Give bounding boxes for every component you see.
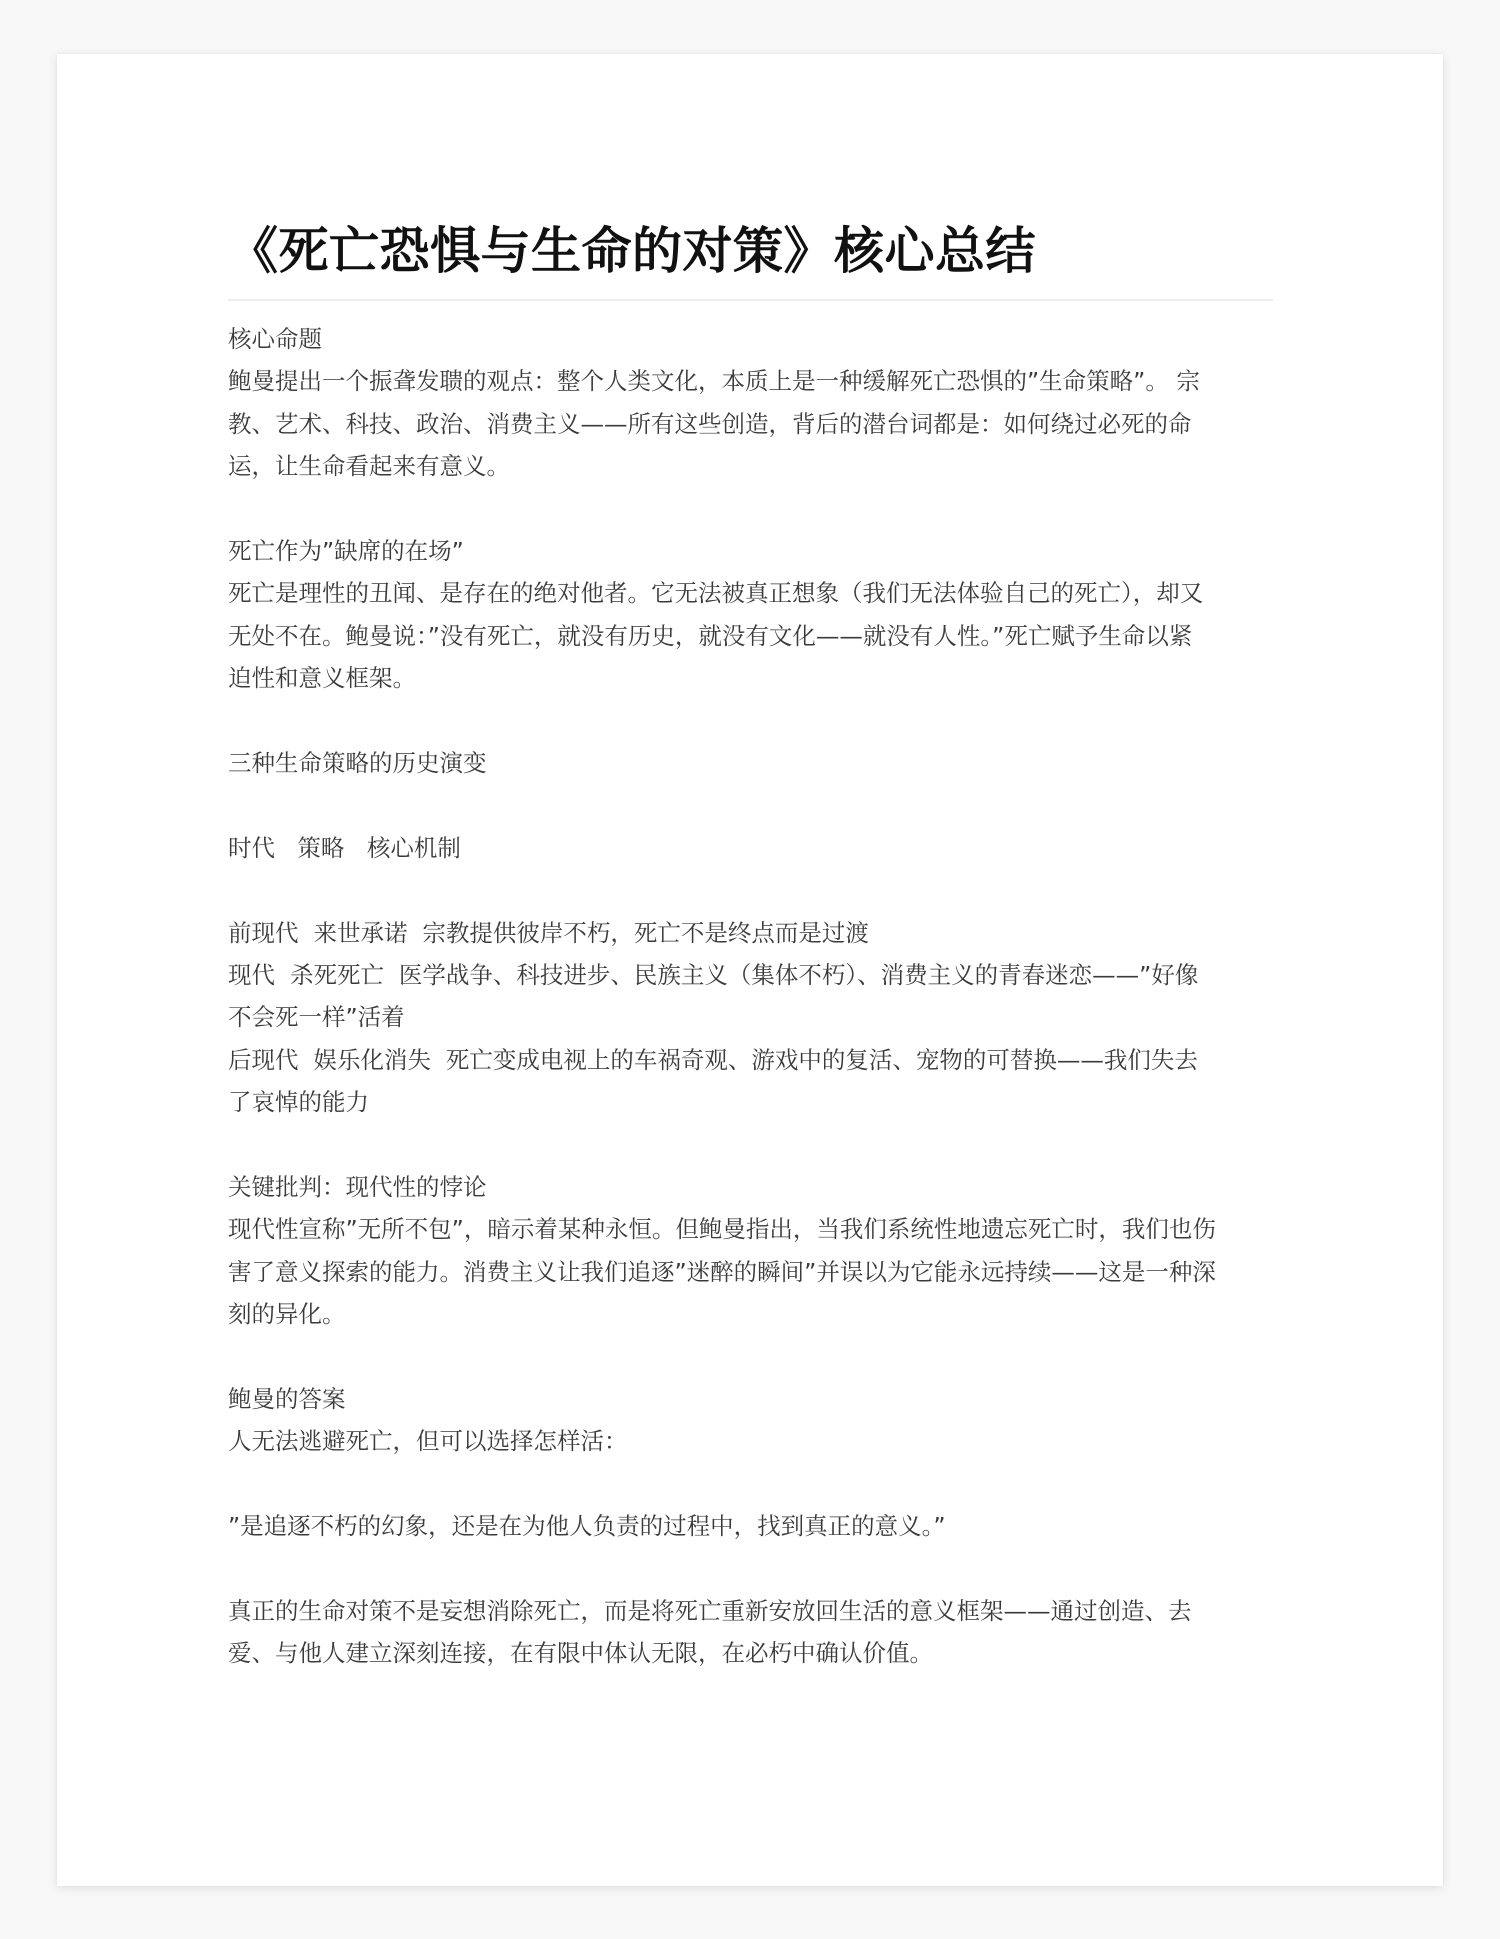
paragraph-line: 真正的生命对策不是妄想消除死亡，而是将死亡重新安放回生活的意义框架——通过创造、… <box>228 1590 1273 1632</box>
row-era: 前现代 <box>228 919 299 947</box>
paragraph-line: 迫性和意义框架。 <box>228 657 1273 699</box>
row-era: 现代 <box>228 961 275 989</box>
paragraph-line: 刻的异化。 <box>228 1293 1273 1335</box>
section-heading-answer: 鲍曼的答案 <box>228 1378 1273 1420</box>
row-strategy: 杀死死亡 <box>290 961 384 989</box>
paragraph-line: 死亡是理性的丑闻、是存在的绝对他者。它无法被真正想象（我们无法体验自己的死亡），… <box>228 572 1273 614</box>
document-title: 《死亡恐惧与生命的对策》核心总结 <box>228 216 1036 286</box>
title-divider <box>228 299 1273 301</box>
section-heading-critique: 关键批判：现代性的悖论 <box>228 1166 1273 1208</box>
row-strategy: 来世承诺 <box>313 919 407 947</box>
blank-line <box>228 784 1273 826</box>
blank-line <box>228 1463 1273 1505</box>
answer-intro: 人无法逃避死亡，但可以选择怎样活： <box>228 1420 1273 1462</box>
blank-line <box>228 700 1273 742</box>
section-heading-core-thesis: 核心命题 <box>228 318 1273 360</box>
paragraph-line: 运，让生命看起来有意义。 <box>228 445 1273 487</box>
row-era: 后现代 <box>228 1046 299 1074</box>
paragraph-line: 害了意义探索的能力。消费主义让我们追逐”迷醉的瞬间”并误以为它能永远持续——这是… <box>228 1251 1273 1293</box>
table-row: 现代 杀死死亡 医学战争、科技进步、民族主义（集体不朽）、消费主义的青春迷恋——… <box>228 954 1273 996</box>
paragraph-line: 现代性宣称”无所不包”，暗示着某种永恒。但鲍曼指出，当我们系统性地遗忘死亡时，我… <box>228 1208 1273 1250</box>
document-body: 核心命题 鲍曼提出一个振聋发聩的观点：整个人类文化，本质上是一种缓解死亡恐惧的”… <box>228 318 1273 1675</box>
paragraph-line: 鲍曼提出一个振聋发聩的观点：整个人类文化，本质上是一种缓解死亡恐惧的”生命策略”… <box>228 360 1273 402</box>
row-mechanism: 医学战争、科技进步、民族主义（集体不朽）、消费主义的青春迷恋——”好像 <box>399 961 1198 989</box>
blank-line <box>228 1124 1273 1166</box>
row-mechanism-continuation: 不会死一样”活着 <box>228 996 1273 1038</box>
section-heading-evolution: 三种生命策略的历史演变 <box>228 742 1273 784</box>
answer-quote: ”是追逐不朽的幻象，还是在为他人负责的过程中，找到真正的意义。” <box>228 1505 1273 1547</box>
section-heading-death-presence: 死亡作为”缺席的在场” <box>228 530 1273 572</box>
paragraph-line: 无处不在。鲍曼说：”没有死亡，就没有历史，就没有文化——就没有人性。”死亡赋予生… <box>228 615 1273 657</box>
table-header-strategy: 策略 <box>297 834 344 862</box>
blank-line <box>228 869 1273 911</box>
table-row: 后现代 娱乐化消失 死亡变成电视上的车祸奇观、游戏中的复活、宠物的可替换——我们… <box>228 1039 1273 1081</box>
document-page: 《死亡恐惧与生命的对策》核心总结 核心命题 鲍曼提出一个振聋发聩的观点：整个人类… <box>57 54 1443 1886</box>
table-header-era: 时代 <box>228 834 275 862</box>
blank-line <box>228 488 1273 530</box>
paragraph-line: 爱、与他人建立深刻连接，在有限中体认无限，在必朽中确认价值。 <box>228 1632 1273 1674</box>
row-mechanism: 死亡变成电视上的车祸奇观、游戏中的复活、宠物的可替换——我们失去 <box>446 1046 1198 1074</box>
blank-line <box>228 1336 1273 1378</box>
table-header-row: 时代 策略 核心机制 <box>228 827 1273 869</box>
row-mechanism-continuation: 了哀悼的能力 <box>228 1081 1273 1123</box>
table-row: 前现代 来世承诺 宗教提供彼岸不朽，死亡不是终点而是过渡 <box>228 912 1273 954</box>
paragraph-line: 教、艺术、科技、政治、消费主义——所有这些创造，背后的潜台词都是：如何绕过必死的… <box>228 403 1273 445</box>
blank-line <box>228 1548 1273 1590</box>
row-mechanism: 宗教提供彼岸不朽，死亡不是终点而是过渡 <box>422 919 869 947</box>
table-header-mechanism: 核心机制 <box>367 834 461 862</box>
row-strategy: 娱乐化消失 <box>313 1046 431 1074</box>
